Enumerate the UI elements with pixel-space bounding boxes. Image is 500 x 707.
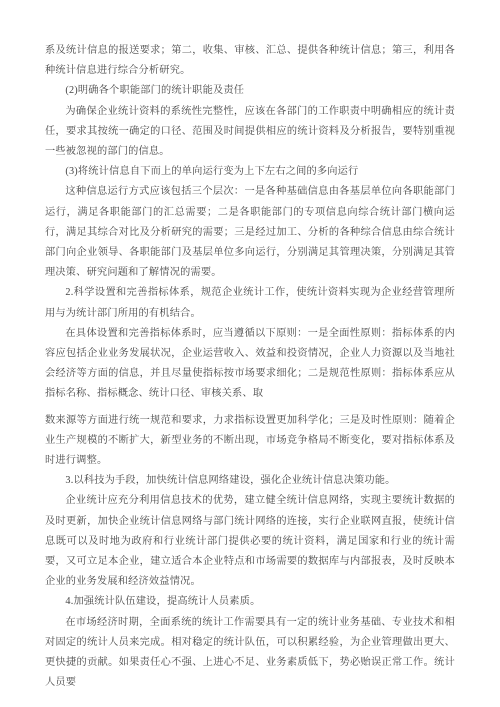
paragraph: 为确保企业统计资料的系统性完整性，应该在各部门的工作职责中明确相应的统计责任，要…	[45, 102, 455, 163]
paragraph: 在市场经济时期，全面系统的统计工作需要具有一定的统计业务基础、专业技术和相对固定…	[45, 613, 455, 694]
document-body: 系及统计信息的报送要求；第二，收集、审核、汇总、提供各种统计信息；第三，利用各种…	[45, 41, 455, 694]
paragraph: 系及统计信息的报送要求；第二，收集、审核、汇总、提供各种统计信息；第三，利用各种…	[45, 41, 455, 81]
paragraph: 在具体设置和完善指标体系时，应当遵循以下原则：一是全面性原则：指标体系的内容应包…	[45, 324, 455, 405]
paragraph-heading-section-4: 4.加强统计队伍建设，提高统计人员素质。	[45, 592, 455, 612]
paragraph: 数来源等方面进行统一规范和要求，力求指标设置更加科学化；三是及时性原则：随着企业…	[45, 411, 455, 472]
paragraph-heading-section-3: 3.以科技为手段，加快统计信息网络建设，强化企业统计信息决策功能。	[45, 471, 455, 491]
paragraph: 这种信息运行方式应该包括三个层次：一是各种基础信息由各基层单位向各职能部门运行，…	[45, 182, 455, 283]
paragraph-heading-section-2: 2.科学设置和完善指标体系，规范企业统计工作，使统计资料实现为企业经营管理所用与…	[45, 283, 455, 323]
paragraph: 企业统计应充分利用信息技术的优势，建立健全统计信息网络，实现主要统计数据的及时更…	[45, 491, 455, 592]
paragraph-heading-3: (3)将统计信息自下而上的单向运行变为上下左右之间的多向运行	[45, 162, 455, 182]
document-page: 系及统计信息的报送要求；第二，收集、审核、汇总、提供各种统计信息；第三，利用各种…	[0, 0, 500, 707]
paragraph-heading-2: (2)明确各个职能部门的统计职能及责任	[45, 81, 455, 101]
